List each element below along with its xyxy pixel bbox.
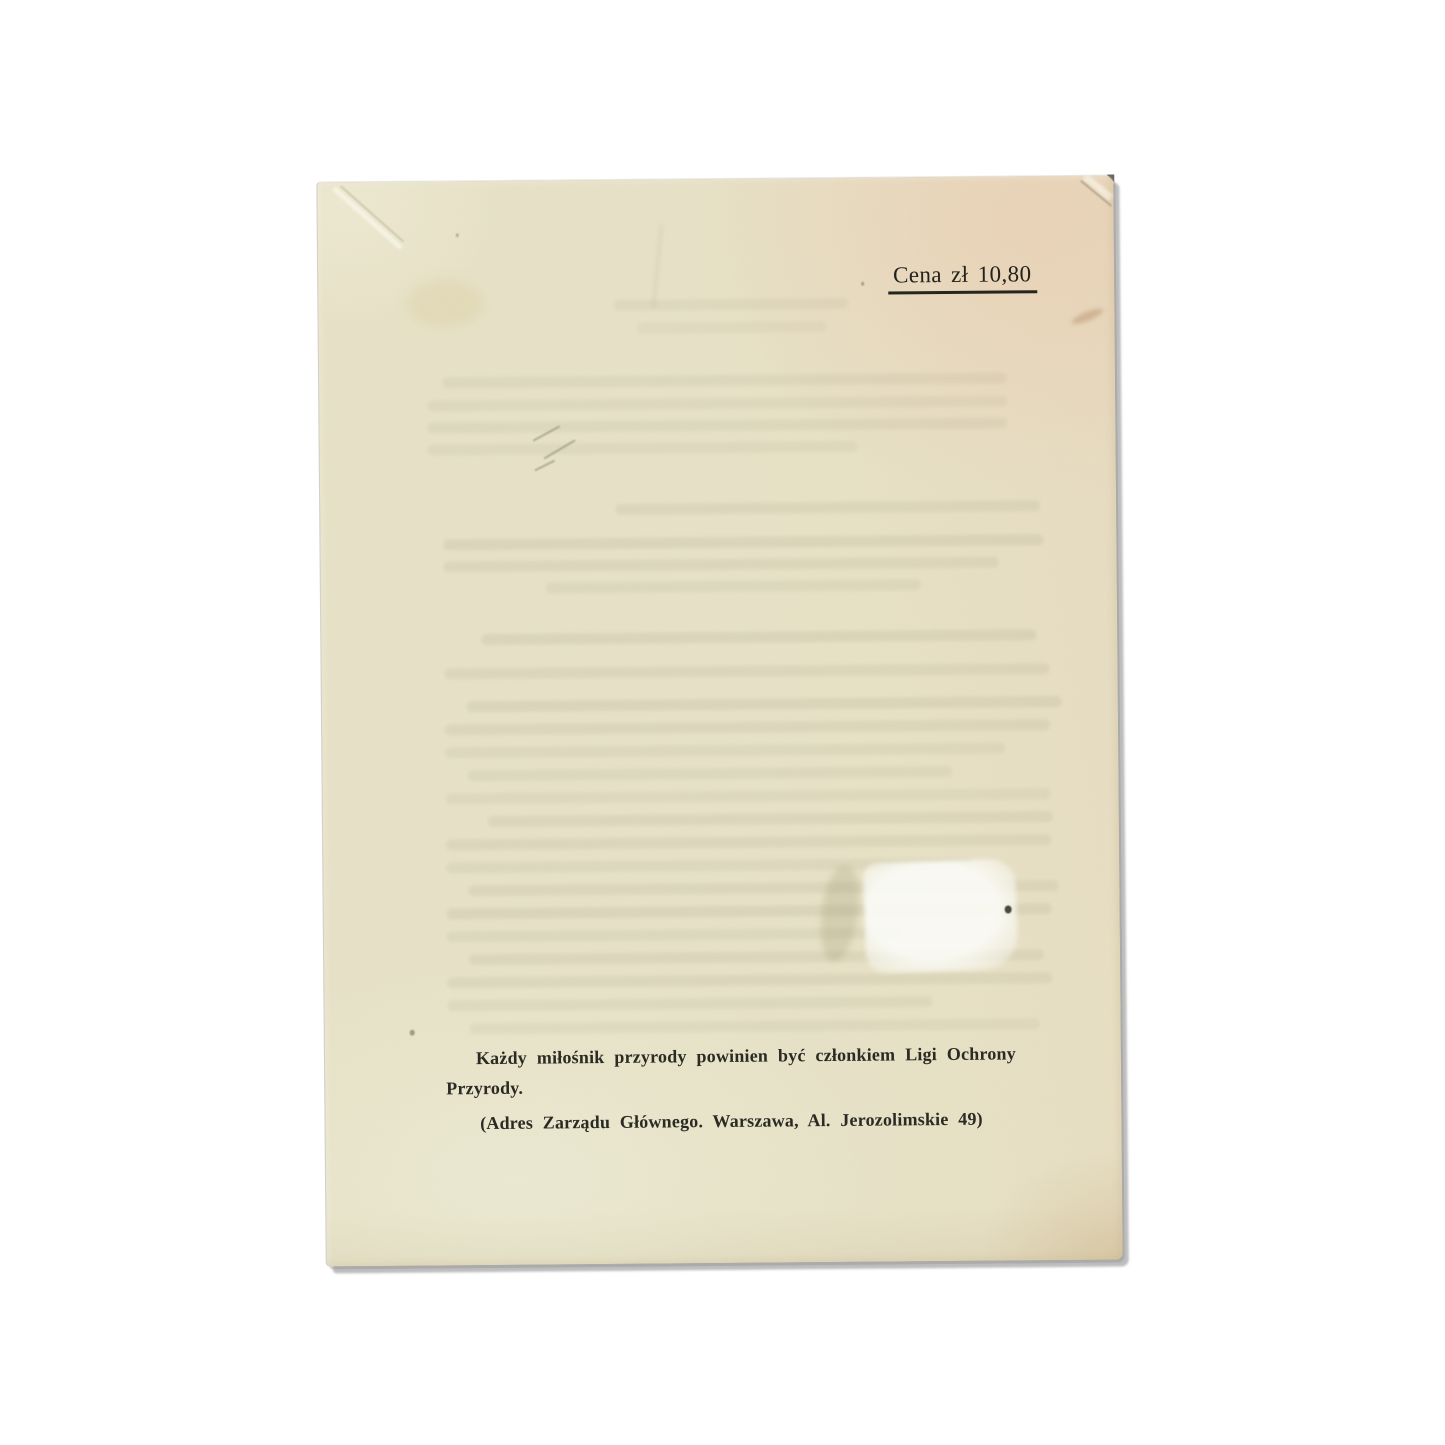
top-right-corner-notch xyxy=(1101,175,1114,188)
pencil-squiggle xyxy=(534,460,555,472)
brown-smudge xyxy=(817,864,862,963)
ghost-text-line xyxy=(446,788,1051,804)
top-left-crease xyxy=(332,186,403,249)
white-correction-smudge xyxy=(863,858,1019,973)
address-line: (Adres Zarządu Głównego. Warszawa, Al. J… xyxy=(446,1106,1016,1135)
ghost-text-line xyxy=(546,579,921,593)
top-center-fold-mark xyxy=(652,224,663,308)
ink-speck xyxy=(456,233,459,237)
ink-speck xyxy=(410,1030,415,1036)
ghost-text-line xyxy=(443,534,1043,550)
ghost-text-line xyxy=(427,417,1007,433)
top-left-crease xyxy=(340,185,404,242)
ghost-text-line xyxy=(444,557,999,573)
ghost-text-line xyxy=(613,298,848,311)
ghost-text-line xyxy=(637,321,827,334)
ghost-text-line xyxy=(442,372,1007,388)
yellow-stain xyxy=(406,279,484,328)
ghost-text-line xyxy=(427,395,1007,411)
ghost-text-line xyxy=(470,1018,1040,1034)
ghost-text-line xyxy=(445,719,1050,735)
ghost-text-line xyxy=(488,811,1053,827)
rust-stain xyxy=(1070,306,1105,327)
scan-background: Cena zł 10,80 Każdy miłośnik przyrody po… xyxy=(0,0,1445,1445)
ghost-text-line xyxy=(447,972,1052,988)
ghost-text-line xyxy=(467,696,1062,712)
book-back-cover-page: Cena zł 10,80 Każdy miłośnik przyrody po… xyxy=(317,176,1122,1267)
ghost-text-line xyxy=(481,629,1036,645)
ink-speck xyxy=(1005,905,1012,913)
ghost-text-line xyxy=(445,743,1005,759)
ghost-text-line xyxy=(615,500,1040,515)
ghost-text-line xyxy=(467,766,952,781)
bleed-through-text xyxy=(317,176,1113,183)
ghost-text-line xyxy=(446,834,1051,850)
ghost-text-line xyxy=(428,441,858,456)
price-label: Cena zł 10,80 xyxy=(888,260,1038,294)
ink-speck xyxy=(861,282,864,286)
ghost-text-line xyxy=(447,996,932,1011)
membership-note: Każdy miłośnik przyrody powinien być czł… xyxy=(446,1038,1017,1103)
ghost-text-line xyxy=(445,663,1050,679)
